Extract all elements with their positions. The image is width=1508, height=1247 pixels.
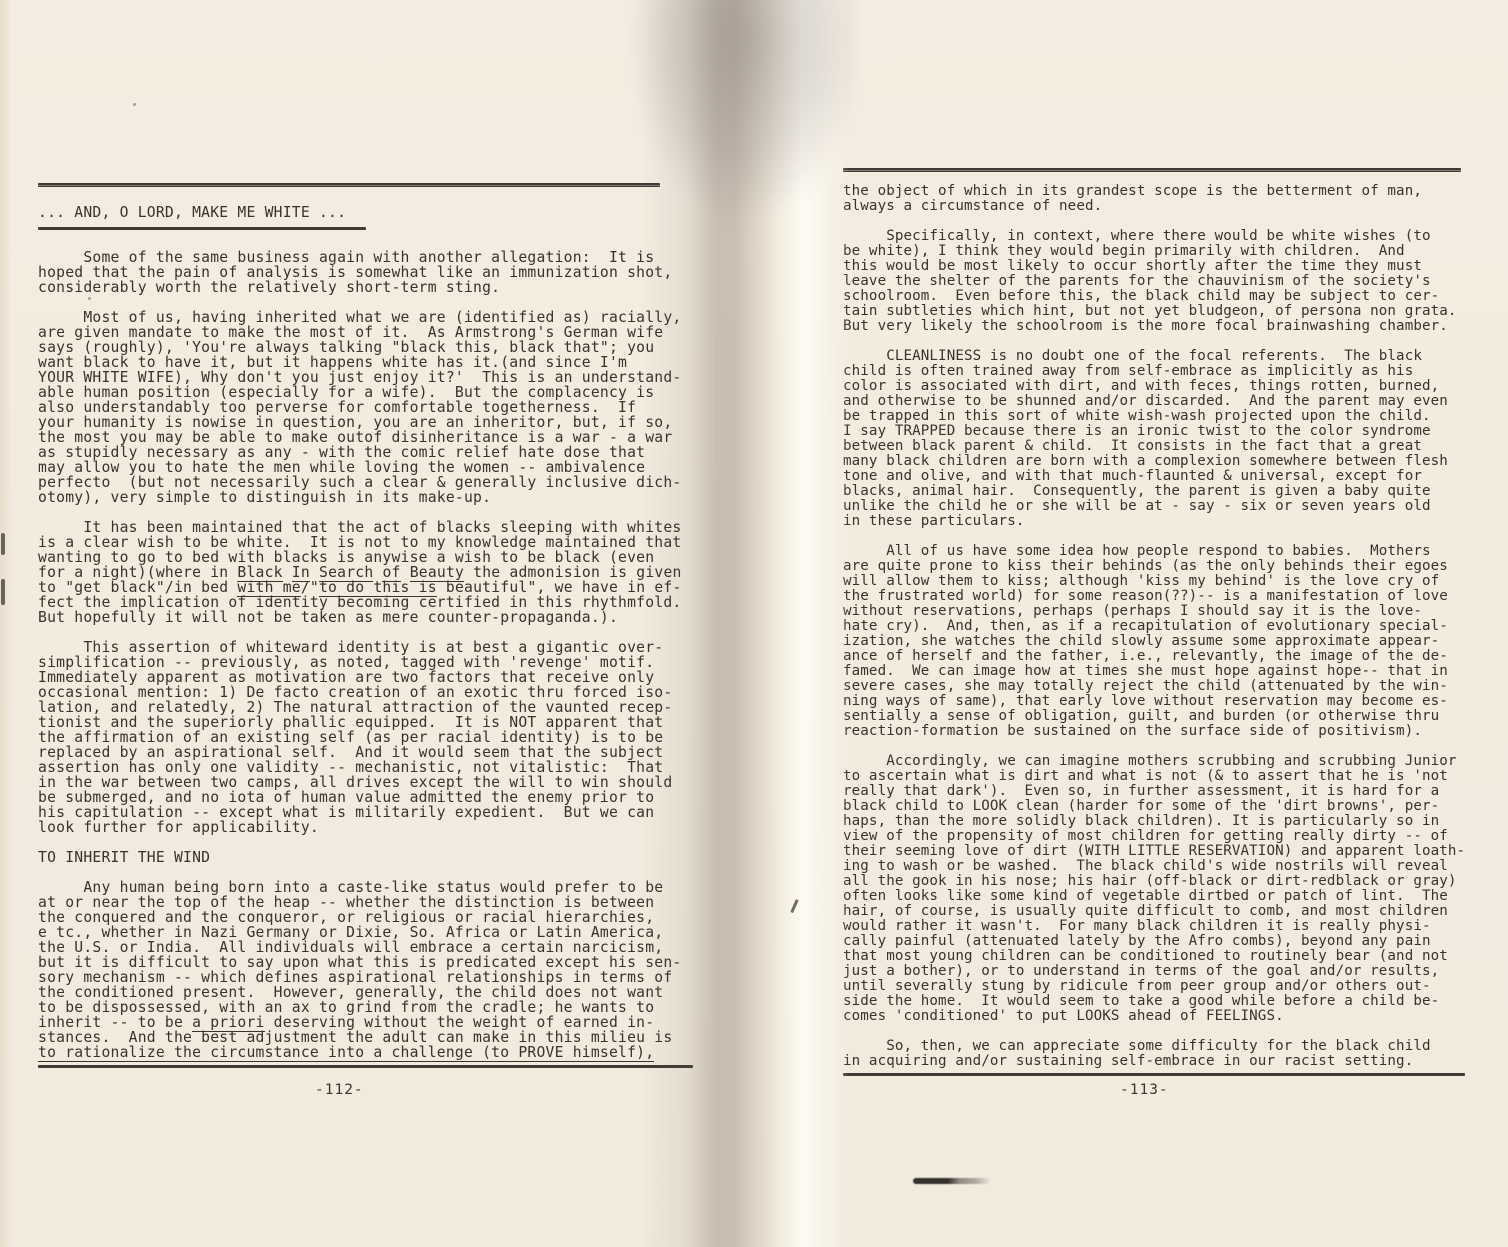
paragraph-babies: All of us have some idea how people resp… [843,544,1483,739]
right-page-bottom-rule [843,1073,1465,1076]
ink-smudge [913,1178,991,1184]
paper-speck [133,103,136,106]
left-page-top-rule [38,183,660,187]
right-page: the object of which in its grandest scop… [843,168,1483,1076]
paragraph-maintained: It has been maintained that the act of b… [38,520,698,625]
chapter-title: ... AND, O LORD, MAKE ME WHITE ... [38,205,698,220]
paper-speck [88,297,91,300]
paragraph-specifically: Specifically, in context, where there wo… [843,229,1483,334]
paragraph-betterment: the object of which in its grandest scop… [843,184,1483,214]
underlined-last-line: to rationalize the circumstance into a c… [38,1044,654,1062]
left-page: ... AND, O LORD, MAKE ME WHITE ... Some … [38,183,698,1068]
book-spread: ... AND, O LORD, MAKE ME WHITE ... Some … [0,0,1508,1247]
paragraph-cleanliness: CLEANLINESS is no doubt one of the focal… [843,349,1483,529]
page-stack-edge [0,0,12,1247]
paragraph-caste: Any human being born into a caste-like s… [38,880,698,1060]
paragraph-most-of-us: Most of us, having inherited what we are… [38,310,698,505]
left-margin-tick [1,579,5,605]
left-margin-tick [1,533,5,555]
paragraph-so-then: So, then, we can appreciate some difficu… [843,1039,1483,1069]
paragraph-accordingly: Accordingly, we can imagine mothers scru… [843,754,1483,1024]
stray-pen-mark [790,899,798,913]
paragraph-immunization: Some of the same business again with ano… [38,250,698,295]
section-heading-inherit-the-wind: TO INHERIT THE WIND [38,850,698,865]
paragraph-assertion: This assertion of whiteward identity is … [38,640,698,835]
page-number-112: -112- [315,1082,364,1098]
left-page-bottom-rule [38,1065,693,1068]
page-number-113: -113- [1120,1082,1169,1098]
